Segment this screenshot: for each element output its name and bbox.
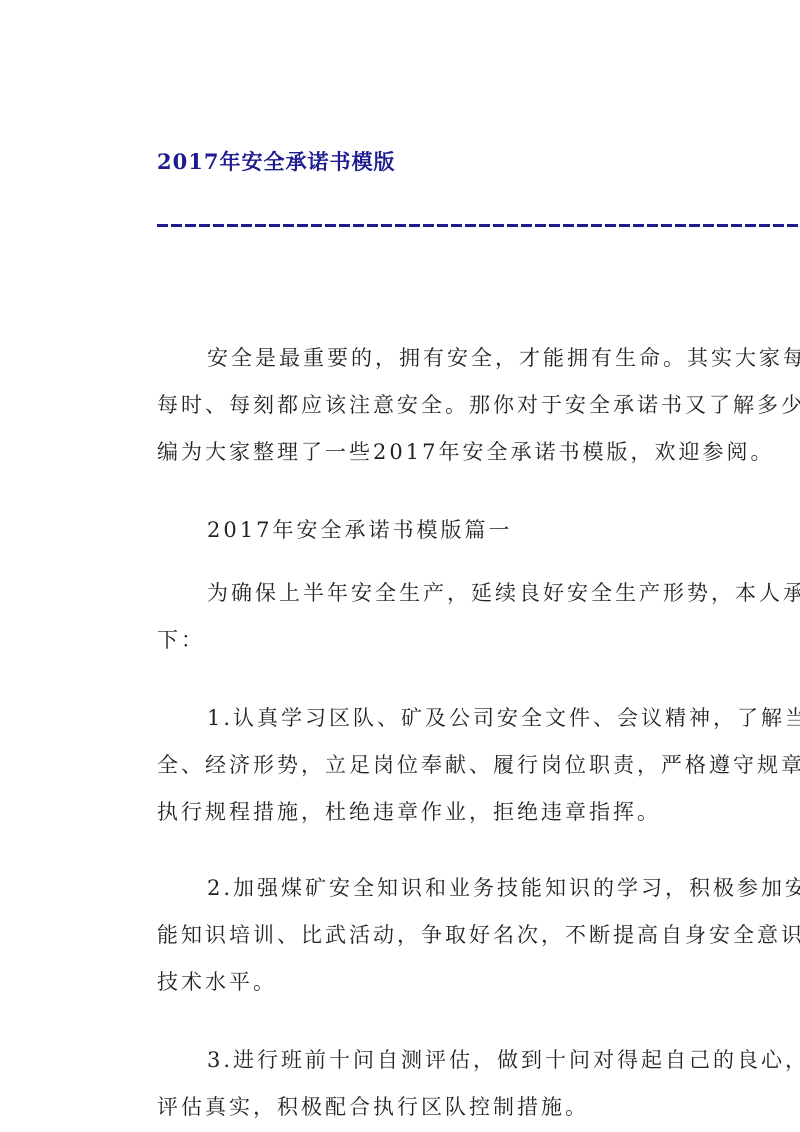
intro-line-2: 每时、每刻都应该注意安全。那你对于安全承诺书又了解多少呢 [157, 390, 800, 420]
item-3-line-2: 评估真实，积极配合执行区队控制措施。 [157, 1092, 589, 1122]
pledge-intro-line-1: 为确保上半年安全生产，延续良好安全生产形势，本人承 [207, 578, 800, 608]
dashed-separator [157, 224, 800, 227]
document-title: 2017年安全承诺书模版 [157, 147, 395, 177]
pledge-intro-line-2: 下： [157, 625, 205, 655]
item-2-line-3: 技术水平。 [157, 967, 277, 997]
item-2-line-2: 能知识培训、比武活动，争取好名次，不断提高自身安全意识和 [157, 920, 800, 950]
item-2-line-1: 2.加强煤矿安全知识和业务技能知识的学习，积极参加安 [207, 873, 800, 903]
intro-line-1: 安全是最重要的，拥有安全，才能拥有生命。其实大家每 [207, 343, 800, 373]
item-1-line-1: 1.认真学习区队、矿及公司安全文件、会议精神，了解当 [207, 703, 800, 733]
section-heading: 2017年安全承诺书模版篇一 [207, 515, 512, 545]
item-3-line-1: 3.进行班前十问自测评估，做到十问对得起自己的良心， [207, 1045, 800, 1075]
document-page: 2017年安全承诺书模版 安全是最重要的，拥有安全，才能拥有生命。其实大家每 每… [0, 0, 800, 1132]
intro-line-3: 编为大家整理了一些2017年安全承诺书模版，欢迎参阅。 [157, 437, 774, 467]
item-1-line-3: 执行规程措施，杜绝违章作业，拒绝违章指挥。 [157, 797, 661, 827]
item-1-line-2: 全、经济形势，立足岗位奉献、履行岗位职责，严格遵守规章制 [157, 750, 800, 780]
